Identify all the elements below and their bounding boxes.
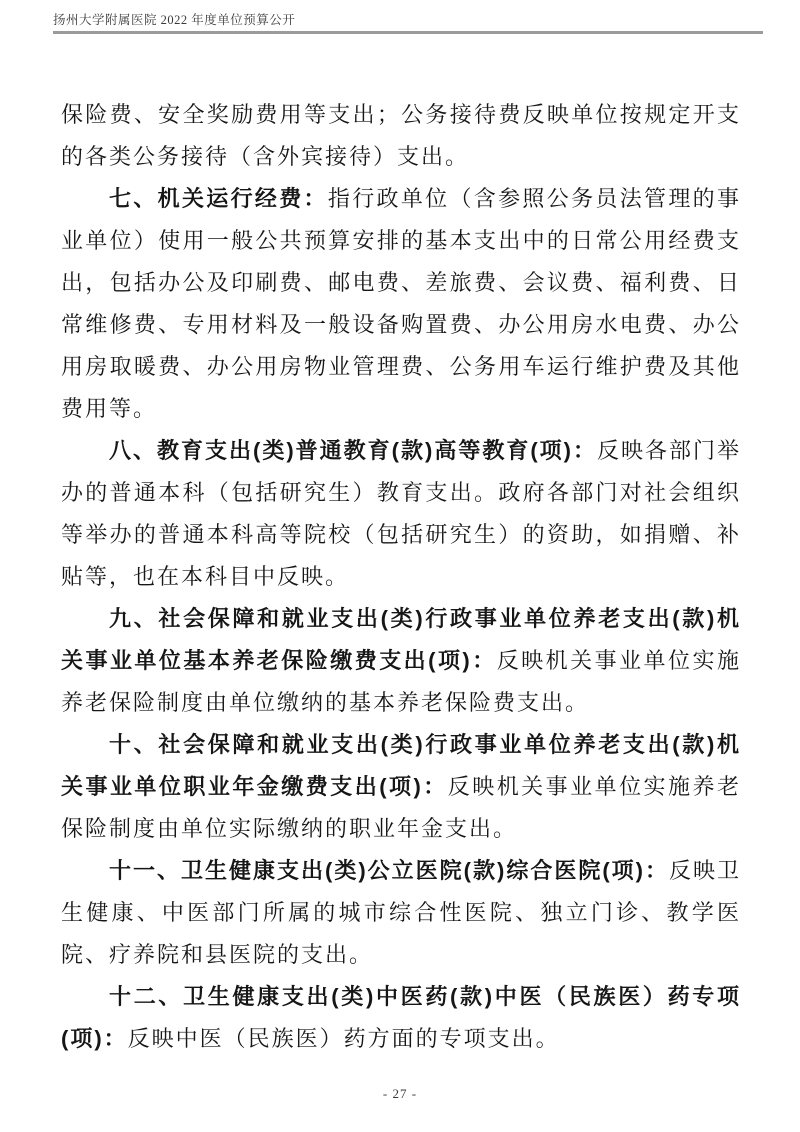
document-body: 保险费、安全奖励费用等支出；公务接待费反映单位按规定开支的各类公务接待（含外宾接… xyxy=(61,94,741,1060)
paragraph-text: 保险费、安全奖励费用等支出；公务接待费反映单位按规定开支的各类公务接待（含外宾接… xyxy=(61,102,741,169)
paragraph: 十二、卫生健康支出(类)中医药(款)中医（民族医）药专项(项)：反映中医（民族医… xyxy=(61,976,741,1060)
header-rule xyxy=(53,31,763,34)
paragraph: 十一、卫生健康支出(类)公立医院(款)综合医院(项)：反映卫生健康、中医部门所属… xyxy=(61,850,741,976)
document-page: 扬州大学附属医院 2022 年度单位预算公开 保险费、安全奖励费用等支出；公务接… xyxy=(0,0,800,1132)
page-number: - 27 - xyxy=(383,1086,417,1101)
section-heading: 十一、卫生健康支出(类)公立医院(款)综合医院(项)： xyxy=(109,858,669,883)
section-heading: 七、机关运行经费： xyxy=(109,186,328,211)
paragraph: 九、社会保障和就业支出(类)行政事业单位养老支出(款)机关事业单位基本养老保险缴… xyxy=(61,598,741,724)
paragraph: 八、教育支出(类)普通教育(款)高等教育(项)：反映各部门举办的普通本科（包括研… xyxy=(61,430,741,598)
section-heading: 八、教育支出(类)普通教育(款)高等教育(项)： xyxy=(109,438,597,463)
page-footer: - 27 - xyxy=(0,1086,800,1102)
paragraph: 保险费、安全奖励费用等支出；公务接待费反映单位按规定开支的各类公务接待（含外宾接… xyxy=(61,94,741,178)
paragraph-text: 指行政单位（含参照公务员法管理的事业单位）使用一般公共预算安排的基本支出中的日常… xyxy=(61,186,741,421)
paragraph: 七、机关运行经费：指行政单位（含参照公务员法管理的事业单位）使用一般公共预算安排… xyxy=(61,178,741,430)
paragraph-text: 反映中医（民族医）药方面的专项支出。 xyxy=(128,1026,560,1051)
header-title: 扬州大学附属医院 2022 年度单位预算公开 xyxy=(53,12,763,29)
paragraph: 十、社会保障和就业支出(类)行政事业单位养老支出(款)机关事业单位职业年金缴费支… xyxy=(61,724,741,850)
page-header: 扬州大学附属医院 2022 年度单位预算公开 xyxy=(53,12,763,34)
